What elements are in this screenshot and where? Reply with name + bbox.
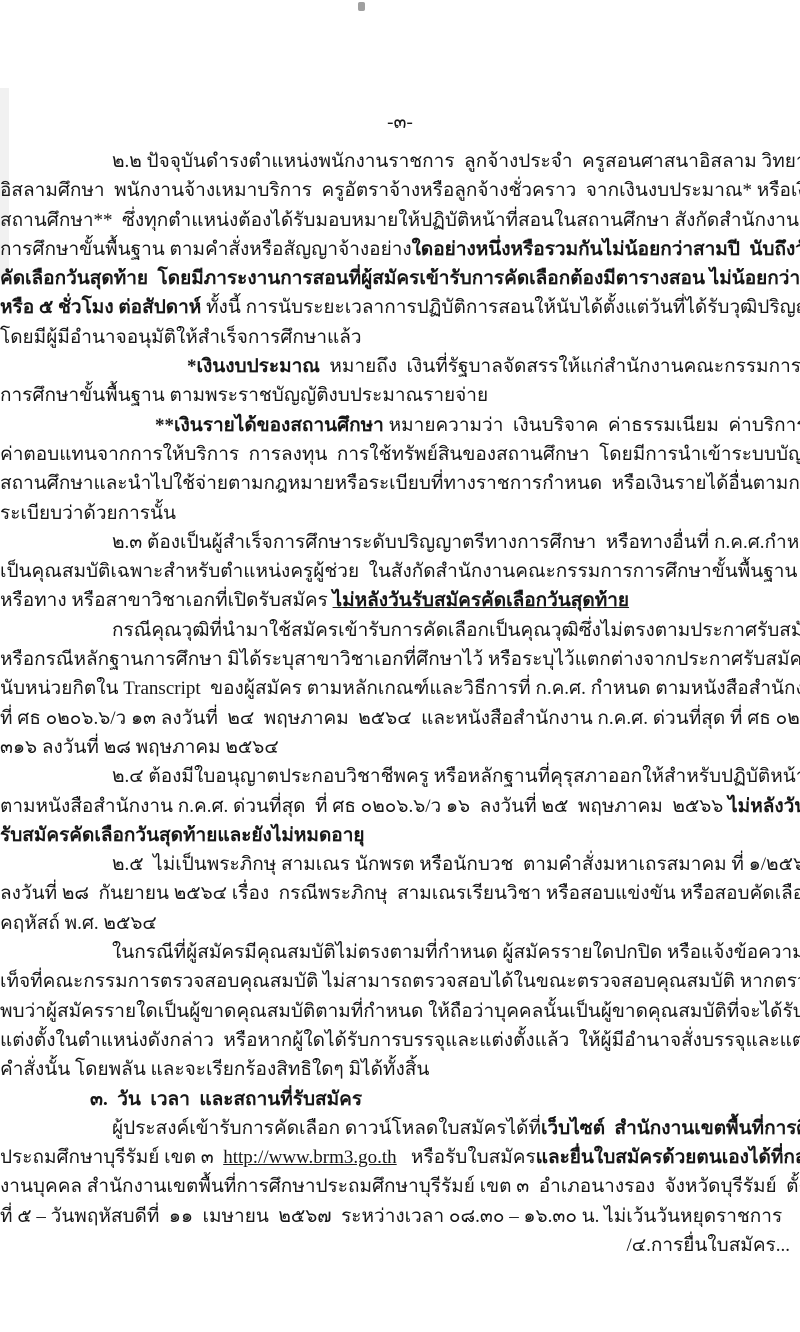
text-line: คำสั่งนั้น โดยพลัน และจะเรียกร้องสิทธิใด… xyxy=(0,1055,800,1084)
text-segment: การศึกษาขั้นพื้นฐาน ตามพระราชบัญญัติงบปร… xyxy=(0,385,488,406)
text-segment: หรือกรณีหลักฐานการศึกษา มิได้ระบุสาขาวิช… xyxy=(0,649,800,670)
text-segment: คฤหัสถ์ พ.ศ. ๒๕๖๔ xyxy=(0,913,157,934)
text-line: ตามหนังสือสำนักงาน ก.ค.ศ. ด่วนที่สุด ที่… xyxy=(0,792,800,821)
text-segment: กรณีคุณวุฒิที่นำมาใช้สมัครเข้ารับการคัดเ… xyxy=(112,620,800,641)
text-segment: ๓. วัน เวลา และสถานที่รับสมัคร xyxy=(90,1089,362,1110)
text-segment: ลงวันที่ ๒๘ กันยายน ๒๕๖๔ เรื่อง กรณีพระภ… xyxy=(0,883,800,904)
text-line: งานบุคคล สำนักงานเขตพื้นที่การศึกษาประถม… xyxy=(0,1172,800,1201)
text-line: *เงินงบประมาณ หมายถึง เงินที่รัฐบาลจัดสร… xyxy=(0,352,800,381)
text-segment: อิสลามศึกษา พนักงานจ้างเหมาบริการ ครูอัต… xyxy=(0,180,800,201)
website-link[interactable]: http://www.brm3.go.th xyxy=(223,1147,396,1168)
text-line: หรือ ๕ ชั่วโมง ต่อสัปดาห์ ทั้งนี้ การนับ… xyxy=(0,293,800,322)
text-segment: รับสมัครคัดเลือกวันสุดท้ายและยังไม่หมดอา… xyxy=(0,825,365,846)
text-line: ๒.๒ ปัจจุบันดำรงตำแหน่งพนักงานราชการ ลูก… xyxy=(0,147,800,176)
text-line: ระเบียบว่าด้วยการนั้น xyxy=(0,499,800,528)
text-line: ๒.๓ ต้องเป็นผู้สำเร็จการศึกษาระดับปริญญา… xyxy=(0,528,800,557)
text-line: ผู้ประสงค์เข้ารับการคัดเลือก ดาวน์โหลดใบ… xyxy=(0,1114,800,1143)
continuation-note: /๔.การยื่นใบสมัคร... xyxy=(0,1231,800,1260)
text-segment: ที่ ศธ ๐๒๐๖.๖/ว ๑๓ ลงวันที่ ๒๔ พฤษภาคม ๒… xyxy=(0,708,800,729)
text-segment: ประถมศึกษาบุรีรัมย์ เขต ๓ xyxy=(0,1147,223,1168)
text-line: ในกรณีที่ผู้สมัครมีคุณสมบัติไม่ตรงตามที่… xyxy=(0,938,800,967)
text-segment: ไม่หลังวัน xyxy=(728,796,800,817)
text-line: คัดเลือกวันสุดท้าย โดยมีภาระงานการสอนที่… xyxy=(0,264,800,293)
text-segment: ค่าตอบแทนจากการให้บริการ การลงทุน การใช้… xyxy=(0,444,800,465)
text-segment: ระเบียบว่าด้วยการนั้น xyxy=(0,503,176,524)
text-segment: นับหน่วยกิตใน Transcript ของผู้สมัคร ตาม… xyxy=(0,678,800,699)
text-segment: ๒.๕ ไม่เป็นพระภิกษุ สามเณร นักพรต หรือนั… xyxy=(112,854,800,875)
text-line: แต่งตั้งในตำแหน่งดังกล่าว หรือหากผู้ใดได… xyxy=(0,1026,800,1055)
text-segment: ใดอย่างหนึ่งหรือรวมกันไม่น้อยกว่าสามปี น… xyxy=(412,239,800,260)
text-line: เป็นคุณสมบัติเฉพาะสำหรับตำแหน่งครูผู้ช่ว… xyxy=(0,557,800,586)
text-segment: พบว่าผู้สมัครรายใดเป็นผู้ขาดคุณสมบัติตาม… xyxy=(0,1001,800,1022)
text-segment: หรือทาง หรือสาขาวิชาเอกที่เปิดรับสมัคร xyxy=(0,590,333,611)
text-segment: เท็จที่คณะกรรมการตรวจสอบคุณสมบัติ ไม่สาม… xyxy=(0,971,800,992)
text-line: การศึกษาขั้นพื้นฐาน ตามพระราชบัญญัติงบปร… xyxy=(0,381,800,410)
text-line: กรณีคุณวุฒิที่นำมาใช้สมัครเข้ารับการคัดเ… xyxy=(0,616,800,645)
text-segment: ในกรณีที่ผู้สมัครมีคุณสมบัติไม่ตรงตามที่… xyxy=(112,942,800,963)
text-segment: แต่งตั้งในตำแหน่งดังกล่าว หรือหากผู้ใดได… xyxy=(0,1030,800,1051)
text-line: นับหน่วยกิตใน Transcript ของผู้สมัคร ตาม… xyxy=(0,674,800,703)
text-line: **เงินรายได้ของสถานศึกษา หมายความว่า เงิ… xyxy=(0,411,800,440)
text-segment: ไม่หลังวันรับสมัครคัดเลือกวันสุดท้าย xyxy=(333,590,630,611)
text-segment: /๔.การยื่นใบสมัคร... xyxy=(626,1235,790,1256)
text-segment: ๓๑๖ ลงวันที่ ๒๘ พฤษภาคม ๒๕๖๔ xyxy=(0,737,279,758)
document-lines: ๒.๒ ปัจจุบันดำรงตำแหน่งพนักงานราชการ ลูก… xyxy=(0,147,800,1260)
text-segment: งานบุคคล สำนักงานเขตพื้นที่การศึกษาประถม… xyxy=(0,1176,800,1197)
text-line: รับสมัครคัดเลือกวันสุดท้ายและยังไม่หมดอา… xyxy=(0,821,800,850)
text-segment: หมายความว่า เงินบริจาค ค่าธรรมเนียม ค่าบ… xyxy=(384,415,800,436)
text-segment: เป็นคุณสมบัติเฉพาะสำหรับตำแหน่งครูผู้ช่ว… xyxy=(0,561,800,582)
text-line: ลงวันที่ ๒๘ กันยายน ๒๕๖๔ เรื่อง กรณีพระภ… xyxy=(0,879,800,908)
text-line: ๓๑๖ ลงวันที่ ๒๘ พฤษภาคม ๒๕๖๔ xyxy=(0,733,800,762)
text-line: ๒.๕ ไม่เป็นพระภิกษุ สามเณร นักพรต หรือนั… xyxy=(0,850,800,879)
text-segment: ที่ ๕ – วันพฤหัสบดีที่ ๑๑ เมษายน ๒๕๖๗ ระ… xyxy=(0,1206,782,1227)
text-segment: **เงินรายได้ของสถานศึกษา xyxy=(155,415,384,436)
text-segment: การศึกษาขั้นพื้นฐาน ตามคำสั่งหรือสัญญาจ้… xyxy=(0,239,412,260)
text-line: ที่ ๕ – วันพฤหัสบดีที่ ๑๑ เมษายน ๒๕๖๗ ระ… xyxy=(0,1202,800,1231)
page-number: -๓- xyxy=(0,108,800,137)
text-segment: *เงินงบประมาณ xyxy=(187,356,320,377)
text-segment: หรือ ๕ ชั่วโมง ต่อสัปดาห์ xyxy=(0,297,201,318)
text-segment: ๒.๓ ต้องเป็นผู้สำเร็จการศึกษาระดับปริญญา… xyxy=(112,532,800,553)
document-page: -๓- ๒.๒ ปัจจุบันดำรงตำแหน่งพนักงานราชการ… xyxy=(0,0,800,1332)
text-segment: หมายถึง เงินที่รัฐบาลจัดสรรให้แก่สำนักงา… xyxy=(320,356,800,377)
text-segment: ๒.๔ ต้องมีใบอนุญาตประกอบวิชาชีพครู หรือห… xyxy=(112,766,800,787)
text-line: ค่าตอบแทนจากการให้บริการ การลงทุน การใช้… xyxy=(0,440,800,469)
text-line: พบว่าผู้สมัครรายใดเป็นผู้ขาดคุณสมบัติตาม… xyxy=(0,997,800,1026)
text-line: ที่ ศธ ๐๒๐๖.๖/ว ๑๓ ลงวันที่ ๒๔ พฤษภาคม ๒… xyxy=(0,704,800,733)
text-segment: โดยมีผู้มีอำนาจอนุมัติให้สำเร็จการศึกษาแ… xyxy=(0,327,362,348)
text-segment: เว็บไซต์ สำนักงานเขตพื้นที่การศึกษา xyxy=(541,1118,800,1139)
text-line: สถานศึกษา** ซึ่งทุกตำแหน่งต้องได้รับมอบห… xyxy=(0,206,800,235)
text-segment: หรือรับใบสมัคร xyxy=(397,1147,536,1168)
text-line: หรือทาง หรือสาขาวิชาเอกที่เปิดรับสมัคร ไ… xyxy=(0,586,800,615)
text-segment: ๒.๒ ปัจจุบันดำรงตำแหน่งพนักงานราชการ ลูก… xyxy=(112,151,800,172)
text-line: โดยมีผู้มีอำนาจอนุมัติให้สำเร็จการศึกษาแ… xyxy=(0,323,800,352)
text-line: คฤหัสถ์ พ.ศ. ๒๕๖๔ xyxy=(0,909,800,938)
text-segment: ผู้ประสงค์เข้ารับการคัดเลือก ดาวน์โหลดใบ… xyxy=(112,1118,541,1139)
text-segment: สถานศึกษา** ซึ่งทุกตำแหน่งต้องได้รับมอบห… xyxy=(0,210,800,231)
text-line: อิสลามศึกษา พนักงานจ้างเหมาบริการ ครูอัต… xyxy=(0,176,800,205)
text-segment: คำสั่งนั้น โดยพลัน และจะเรียกร้องสิทธิใด… xyxy=(0,1059,429,1080)
text-segment: สถานศึกษาและนำไปใช้จ่ายตามกฎหมายหรือระเบ… xyxy=(0,473,800,494)
scan-artifact xyxy=(358,2,365,11)
text-segment: คัดเลือกวันสุดท้าย โดยมีภาระงานการสอนที่… xyxy=(0,268,800,289)
text-line: เท็จที่คณะกรรมการตรวจสอบคุณสมบัติ ไม่สาม… xyxy=(0,967,800,996)
text-line: สถานศึกษาและนำไปใช้จ่ายตามกฎหมายหรือระเบ… xyxy=(0,469,800,498)
document-body: -๓- ๒.๒ ปัจจุบันดำรงตำแหน่งพนักงานราชการ… xyxy=(0,108,800,1260)
text-segment: และยื่นใบสมัครด้วยตนเองได้ที่กลุ่มบริหาร xyxy=(536,1147,800,1168)
text-line: ๒.๔ ต้องมีใบอนุญาตประกอบวิชาชีพครู หรือห… xyxy=(0,762,800,791)
section-heading: ๓. วัน เวลา และสถานที่รับสมัคร xyxy=(0,1085,800,1114)
text-line: การศึกษาขั้นพื้นฐาน ตามคำสั่งหรือสัญญาจ้… xyxy=(0,235,800,264)
text-segment: ทั้งนี้ การนับระยะเวลาการปฏิบัติการสอนให… xyxy=(201,297,800,318)
text-line: ประถมศึกษาบุรีรัมย์ เขต ๓ http://www.brm… xyxy=(0,1143,800,1172)
text-segment: ตามหนังสือสำนักงาน ก.ค.ศ. ด่วนที่สุด ที่… xyxy=(0,796,728,817)
text-line: หรือกรณีหลักฐานการศึกษา มิได้ระบุสาขาวิช… xyxy=(0,645,800,674)
